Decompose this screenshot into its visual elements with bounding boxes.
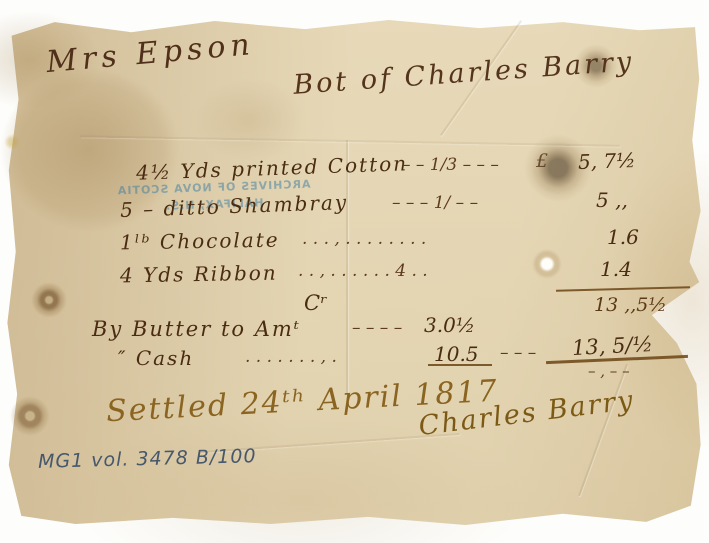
credit-description: ″ Cash [118, 346, 194, 370]
items-subtotal: 13 ,,5½ [594, 294, 667, 316]
credit-column-header: Cʳ [304, 291, 327, 315]
credit-description: By Butter to Amᵗ [92, 317, 301, 341]
credit-leader: – – – – [352, 318, 402, 338]
credit-amount: 10.5 [434, 342, 479, 366]
currency-mark: £ [536, 150, 548, 172]
credit-amount: 3.0½ [424, 313, 475, 337]
item-amount: 5 ,, [596, 188, 628, 212]
item-price-leader: – – 1/3 – – – [402, 155, 499, 175]
item-price-leader: . . , . . . . . . 4 . . [298, 261, 428, 281]
item-description: 1ˡᵇ Chocolate [120, 228, 280, 255]
cash-amount-rule [428, 364, 492, 366]
balance-total: 13, 5/½ [571, 332, 653, 360]
credit-leader: . . . . . . . , . [245, 347, 337, 367]
item-amount: 5, 7½ [578, 148, 636, 174]
item-amount: 1.4 [600, 257, 632, 281]
credit-trailing-dashes: – – – [500, 343, 536, 363]
balance-total-dashes: – , – – [588, 362, 630, 380]
item-description: 4 Yds Ribbon [120, 261, 278, 288]
item-price-leader: – – – 1/ – – [392, 193, 478, 213]
scanned-receipt-page: ARCHIVES OF NOVA SCOTIA HALIFAX, N.S. Mr… [0, 0, 709, 543]
item-price-leader: . . . , . . . . . . . . [302, 229, 426, 249]
item-amount: 1.6 [607, 225, 639, 249]
